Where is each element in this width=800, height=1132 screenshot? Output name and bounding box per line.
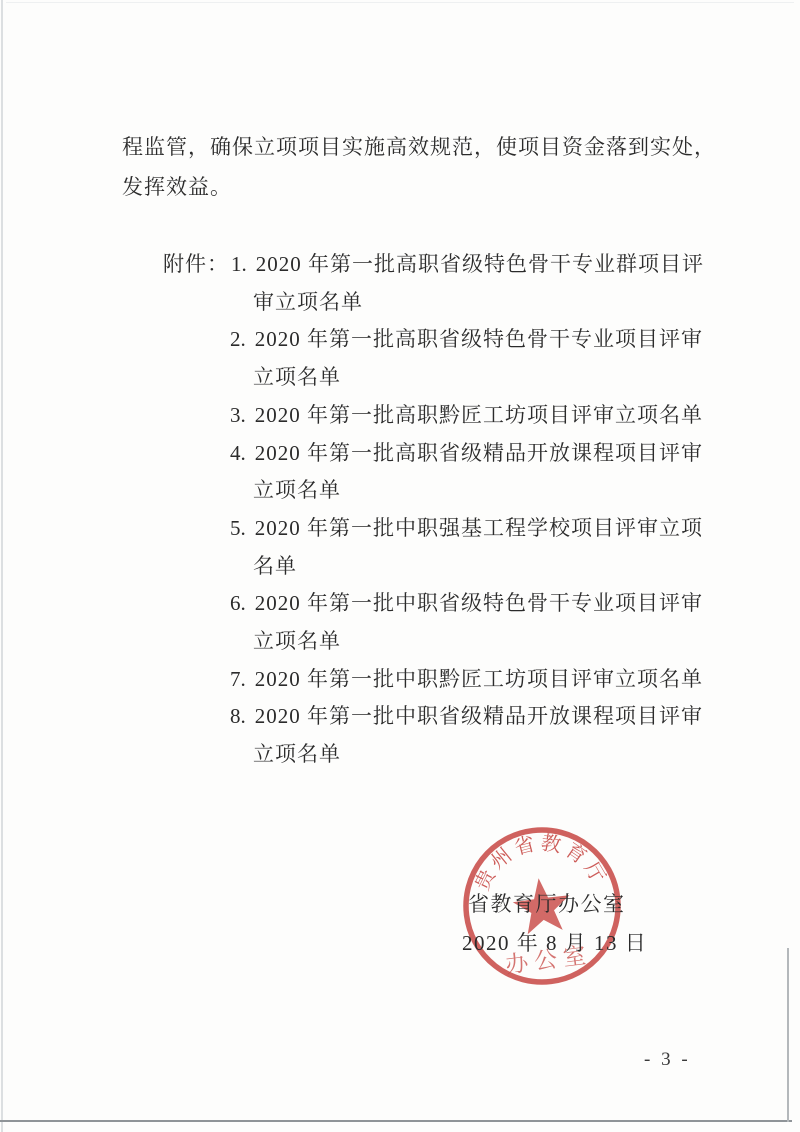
attachment-item-number: 4.	[230, 440, 246, 466]
attachment-item-number: 8.	[230, 703, 246, 729]
attachment-item: 5.2020 年第一批中职强基工程学校项目评审立项	[230, 515, 703, 541]
page-number: - 3 -	[644, 1047, 691, 1073]
attachment-item-continuation: 立项名单	[253, 741, 341, 767]
attachment-item-text: 2020 年第一批中职省级精品开放课程项目评审	[255, 704, 703, 728]
attachment-item-text: 2020 年第一批高职省级精品开放课程项目评审	[255, 441, 703, 465]
attachment-item-text: 2020 年第一批高职省级特色骨干专业群项目评	[256, 252, 704, 276]
attachment-item-text: 2020 年第一批中职省级特色骨干专业项目评审	[255, 591, 703, 615]
attachment-item-continuation: 审立项名单	[253, 289, 363, 315]
attachment-label: 附件：	[163, 252, 229, 276]
attachment-item-number: 5.	[230, 515, 246, 541]
attachment-item: 3.2020 年第一批高职黔匠工坊项目评审立项名单	[230, 402, 703, 428]
attachment-item: 2.2020 年第一批高职省级特色骨干专业项目评审	[230, 326, 703, 352]
paragraph-line: 发挥效益。	[122, 174, 232, 200]
attachment-item-text: 2020 年第一批高职黔匠工坊项目评审立项名单	[255, 403, 703, 427]
scanned-document-page: 程监管，确保立项项目实施高效规范，使项目资金落到实处， 发挥效益。 附件：1.2…	[0, 0, 800, 1132]
attachment-item-continuation: 立项名单	[253, 628, 341, 654]
attachment-item-number: 1.	[231, 251, 247, 277]
page-bottom-edge	[0, 1120, 792, 1122]
attachment-item: 6.2020 年第一批中职省级特色骨干专业项目评审	[230, 590, 703, 616]
attachment-item-continuation: 立项名单	[253, 364, 341, 390]
attachment-item-continuation: 立项名单	[253, 477, 341, 503]
page-right-edge	[787, 948, 789, 1122]
attachment-item-number: 6.	[230, 590, 246, 616]
signature-date: 2020 年 8 月 13 日	[462, 930, 647, 956]
attachment-item-number: 7.	[230, 666, 246, 692]
attachment-item-number: 3.	[230, 402, 246, 428]
paragraph-line: 程监管，确保立项项目实施高效规范，使项目资金落到实处，	[122, 134, 716, 160]
page-top-edge	[6, 2, 794, 3]
signature-office: 省教育厅办公室	[468, 891, 626, 917]
page-left-edge	[1, 0, 3, 1132]
attachment-item-continuation: 名单	[253, 553, 297, 579]
attachment-item-text: 2020 年第一批高职省级特色骨干专业项目评审	[255, 327, 703, 351]
attachment-item-text: 2020 年第一批中职黔匠工坊项目评审立项名单	[255, 667, 703, 691]
attachment-item: 7.2020 年第一批中职黔匠工坊项目评审立项名单	[230, 666, 703, 692]
attachment-header-line: 附件：1.2020 年第一批高职省级特色骨干专业群项目评	[163, 251, 704, 277]
attachment-item: 8.2020 年第一批中职省级精品开放课程项目评审	[230, 703, 703, 729]
attachment-item-text: 2020 年第一批中职强基工程学校项目评审立项	[255, 516, 703, 540]
attachment-item: 4.2020 年第一批高职省级精品开放课程项目评审	[230, 440, 703, 466]
attachment-item-number: 2.	[230, 326, 246, 352]
